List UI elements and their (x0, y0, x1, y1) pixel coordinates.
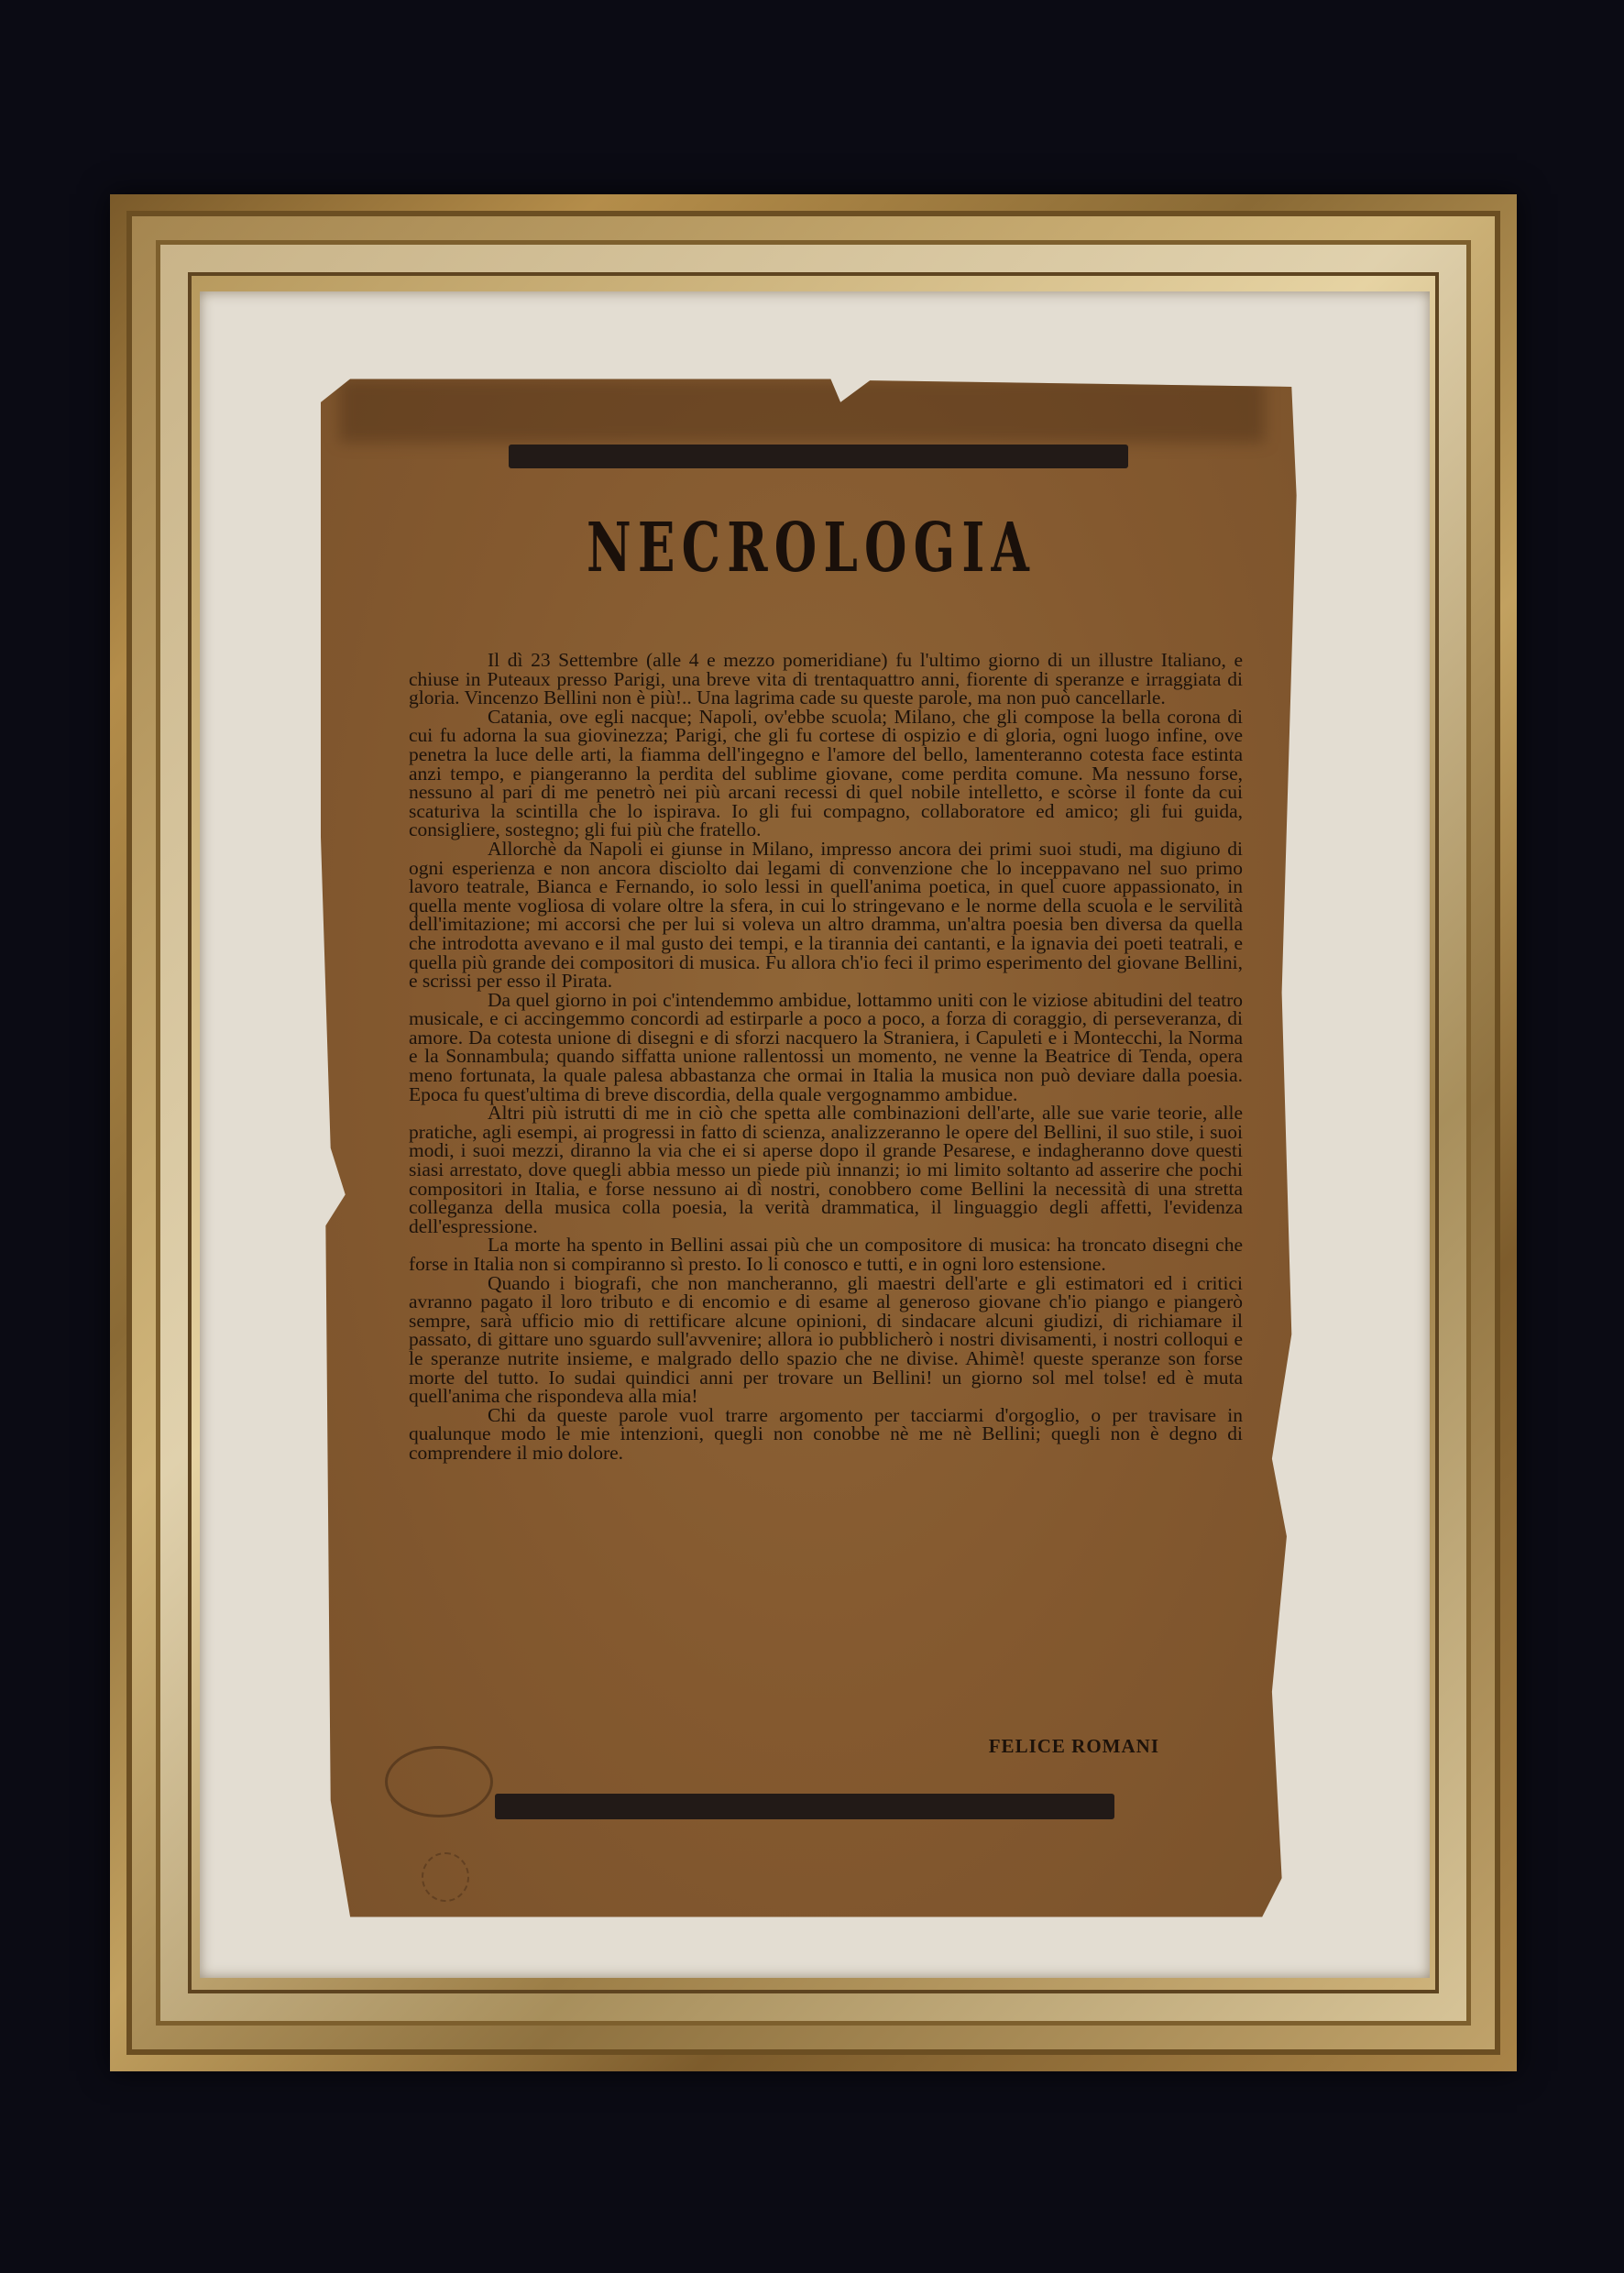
mourning-bar-top (509, 445, 1128, 468)
mourning-bar-bottom (495, 1794, 1114, 1819)
paragraph: Chi da queste parole vuol trarre argomen… (409, 1406, 1243, 1463)
paragraph: Da quel giorno in poi c'intendemmo ambid… (409, 991, 1243, 1104)
paragraph: Quando i biografi, che non mancheranno, … (409, 1274, 1243, 1406)
paragraph: Allorchè da Napoli ei giunse in Milano, … (409, 840, 1243, 991)
signature: FELICE ROMANI (989, 1735, 1159, 1758)
poster-title: NECROLOGIA (458, 509, 1164, 587)
paragraph: Il dì 23 Settembre (alle 4 e mezzo pomer… (409, 651, 1243, 708)
archive-stamp (385, 1746, 493, 1817)
seal-mark (422, 1852, 469, 1902)
paper-stain (339, 379, 1265, 443)
paragraph: La morte ha spento in Bellini assai più … (409, 1235, 1243, 1273)
paragraph: Catania, ove egli nacque; Napoli, ov'ebb… (409, 708, 1243, 840)
paragraph: Altri più istrutti di me in ciò che spet… (409, 1104, 1243, 1235)
obituary-poster: NECROLOGIA Il dì 23 Settembre (alle 4 e … (321, 371, 1301, 1925)
obituary-text: Il dì 23 Settembre (alle 4 e mezzo pomer… (409, 651, 1243, 1463)
